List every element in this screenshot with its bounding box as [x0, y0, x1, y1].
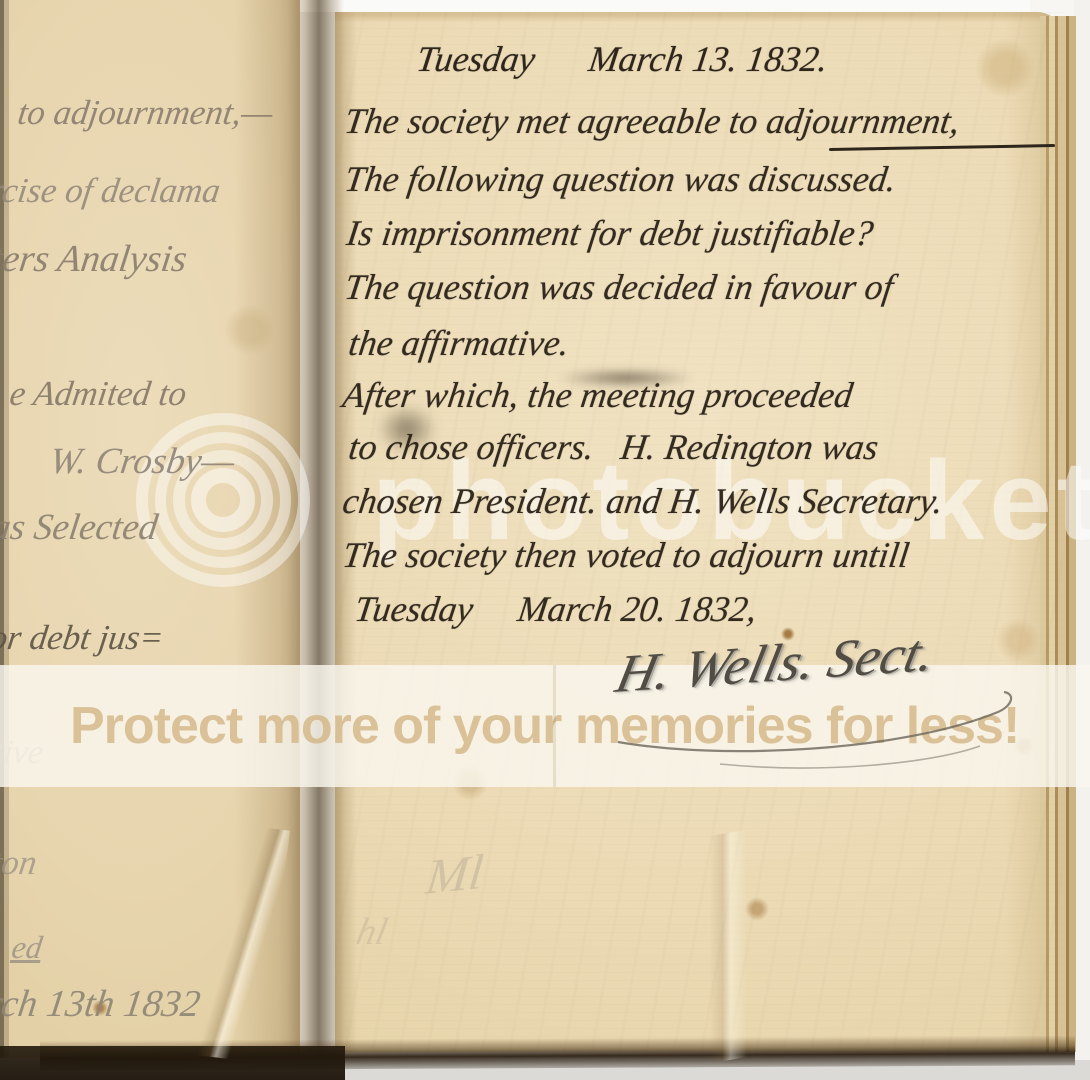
handwriting-fragment: rch 13th 1832 [0, 982, 203, 1028]
pencil-ghost-mark: Ml [423, 841, 486, 906]
left-page-fragments: to adjournment,—rcise of declamaters Ana… [0, 0, 300, 1058]
handwriting-fragment: or debt jus= [0, 617, 166, 659]
handwriting-fragment: ed [9, 928, 45, 966]
signature-flourish [600, 668, 1030, 778]
handwriting-fragment: rcise of declama [0, 170, 223, 212]
ink-underline [829, 144, 1055, 151]
handwriting-line: the affirmative. [346, 322, 572, 365]
handwriting-fragment: as Selected [0, 506, 161, 550]
scanned-journal-photo: photobucket Tuesday March 13. 1832. The … [0, 0, 1090, 1080]
handwriting-fragment: to adjournment,— [15, 92, 276, 134]
handwriting-line: The question was decided in favour of [342, 266, 896, 309]
handwriting-line: Is imprisonment for debt justifiable? [344, 212, 876, 255]
handwriting-fragment: ters Analysis [0, 237, 190, 283]
handwriting-line: The society met agreeable to adjournment… [342, 100, 963, 143]
right-page-lines: Tuesday March 13. 1832. The society met … [335, 12, 1063, 1052]
handwriting-fragment: W. Crosby— [47, 440, 238, 484]
handwriting-fragment: ton [0, 842, 40, 884]
pencil-ghost-mark: hl [352, 910, 391, 956]
entry-date-heading: Tuesday March 13. 1832. [414, 38, 831, 81]
handwriting-line: chosen President. and H. Wells Secretary… [340, 480, 946, 523]
handwriting-line: The following question was discussed. [342, 158, 899, 201]
paper-seam-through-banner [553, 665, 556, 787]
ink-smudge [377, 404, 437, 454]
handwriting-line: Tuesday March 20. 1832, [352, 588, 760, 631]
handwriting-line: The society then voted to adjourn untill [340, 534, 912, 577]
handwriting-fragment: e Admited to [7, 373, 189, 415]
ink-smudge [557, 368, 695, 388]
